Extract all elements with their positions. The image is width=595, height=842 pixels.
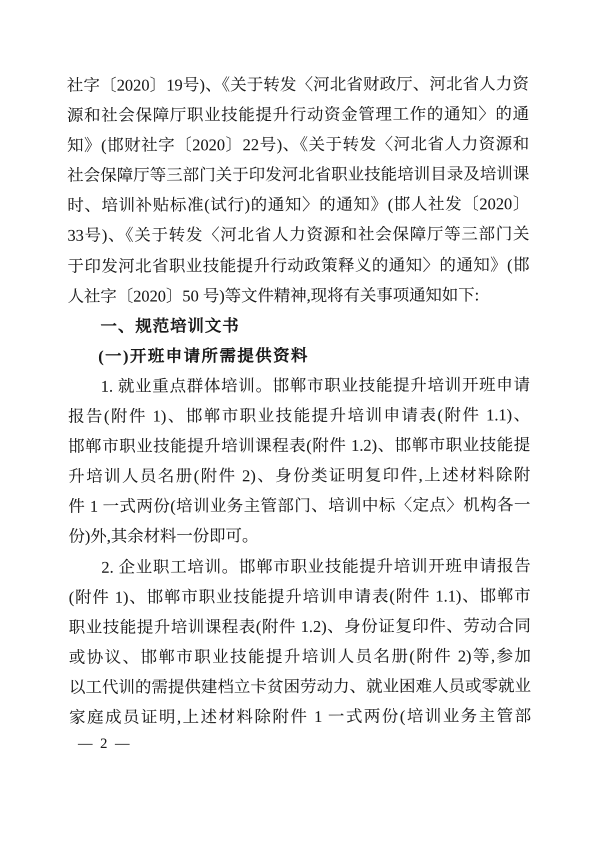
body-line: 人社字〔2020〕50 号)等文件精神,现将有关事项通知如下: bbox=[68, 280, 530, 312]
body-line: 源和社会保障厅职业技能提升行动资金管理工作的通知〉的通 bbox=[67, 99, 529, 131]
section-heading: 一、规范培训文书 bbox=[68, 310, 530, 342]
body-line: 社字〔2020〕19号)、《关于转发〈河北省财政厅、河北省人力资 bbox=[67, 69, 529, 101]
body-line: 33号)、《关于转发〈河北省人力资源和社会保障厅等三部门关 bbox=[67, 220, 529, 252]
body-line: 知》(邯财社字〔2020〕22号)、《关于转发〈河北省人力资源和 bbox=[67, 129, 529, 161]
body-line: 报告(附件 1)、邯郸市职业技能提升培训申请表(附件 1.1)、 bbox=[68, 400, 530, 432]
body-line: (附件 1)、邯郸市职业技能提升培训申请表(附件 1.1)、邯郸市 bbox=[69, 581, 531, 613]
body-line: 升培训人员名册(附件 2)、身份类证明复印件,上述材料除附 bbox=[68, 460, 530, 492]
body-line: 家庭成员证明,上述材料除附件 1 一式两份(培训业务主管部 bbox=[69, 701, 531, 733]
body-line: 或协议、邯郸市职业技能提升培训人员名册(附件 2)等,参加 bbox=[69, 641, 531, 673]
document-page: 社字〔2020〕19号)、《关于转发〈河北省财政厅、河北省人力资 源和社会保障厅… bbox=[0, 0, 595, 842]
body-line: 邯郸市职业技能提升培训课程表(附件 1.2)、邯郸市职业技能提 bbox=[68, 430, 530, 462]
body-line: 份)外,其余材料一份即可。 bbox=[68, 521, 530, 553]
page-number: — 2 — bbox=[78, 736, 132, 753]
subsection-heading: (一)开班申请所需提供资料 bbox=[68, 340, 530, 372]
body-line: 职业技能提升培训课程表(附件 1.2)、身份证复印件、劳动合同 bbox=[69, 611, 531, 643]
body-line: 社会保障厅等三部门关于印发河北省职业技能培训目录及培训课 bbox=[67, 159, 529, 191]
body-line: 件 1 一式两份(培训业务主管部门、培训中标〈定点〉机构各一 bbox=[68, 491, 530, 523]
body-line: 以工代训的需提供建档立卡贫困劳动力、就业困难人员或零就业 bbox=[69, 671, 531, 703]
body-line: 1. 就业重点群体培训。邯郸市职业技能提升培训开班申请 bbox=[68, 370, 530, 402]
body-line: 2. 企业职工培训。邯郸市职业技能提升培训开班申请报告 bbox=[69, 551, 531, 583]
document-body: 社字〔2020〕19号)、《关于转发〈河北省财政厅、河北省人力资 源和社会保障厅… bbox=[67, 69, 531, 733]
body-line: 于印发河北省职业技能提升行动政策释义的通知〉的通知》(邯 bbox=[67, 250, 529, 282]
body-line: 时、培训补贴标准(试行)的通知〉的通知》(邯人社发〔2020〕 bbox=[67, 190, 529, 222]
